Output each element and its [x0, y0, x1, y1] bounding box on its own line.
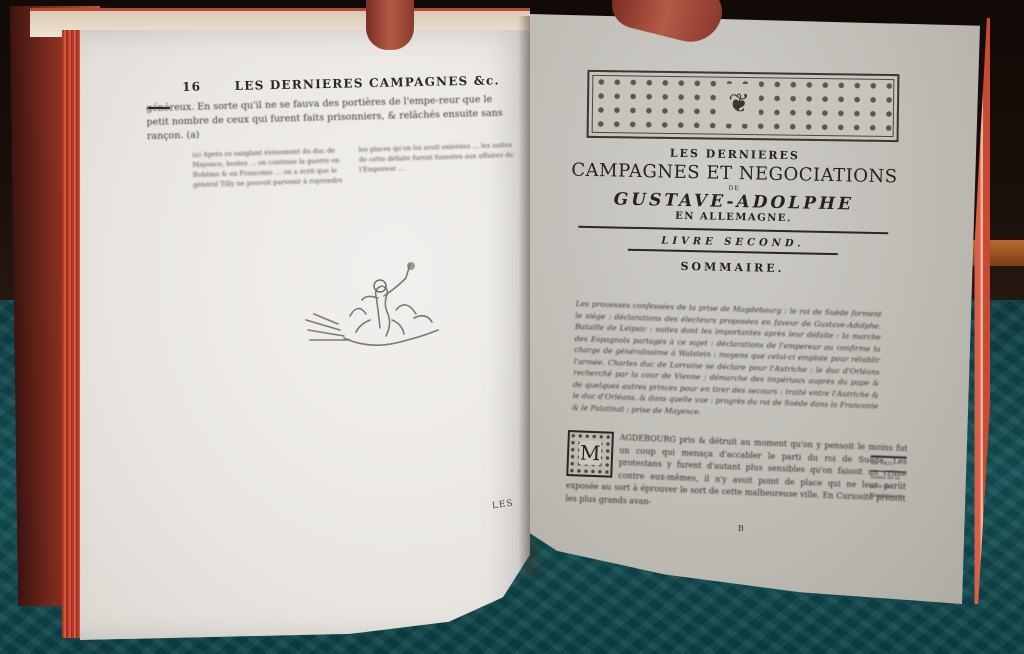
right-margin-note: An. 1631. Suites de la prise de Magdebou… [869, 453, 907, 501]
page-number: 16 [182, 80, 201, 94]
section-rule [628, 249, 838, 255]
book-section-label: LIVRE SECOND. [568, 234, 898, 252]
cherub-vignette-icon [300, 258, 444, 350]
monogram-icon: ❦ [719, 84, 760, 125]
margin-rule [871, 455, 907, 458]
title-rule [578, 226, 888, 234]
open-antique-book: 16 LES DERNIERES CAMPAGNES &c. généreux.… [0, 0, 1024, 654]
chapter-title-block: LES DERNIERES CAMPAGNES ET NEGOCIATIONS … [567, 145, 900, 277]
margin-note-year: An. 1631. [870, 459, 906, 469]
margin-note-text: Suites de la prise de Magdebourg. [869, 473, 906, 501]
left-finger [366, 0, 414, 50]
margin-rule [870, 470, 906, 473]
photo-scene: 16 LES DERNIERES CAMPAGNES &c. généreux.… [0, 0, 1024, 654]
opening-paragraph: M AGDEBOURG pris & détruit au moment qu'… [565, 430, 908, 518]
opening-text: AGDEBOURG pris & détruit au moment qu'on… [565, 430, 908, 518]
summary-text: Les prouesses confessées de la prise de … [572, 298, 882, 424]
ornamental-headpiece: ❦ [587, 70, 900, 142]
printer-signature: B [738, 524, 744, 533]
